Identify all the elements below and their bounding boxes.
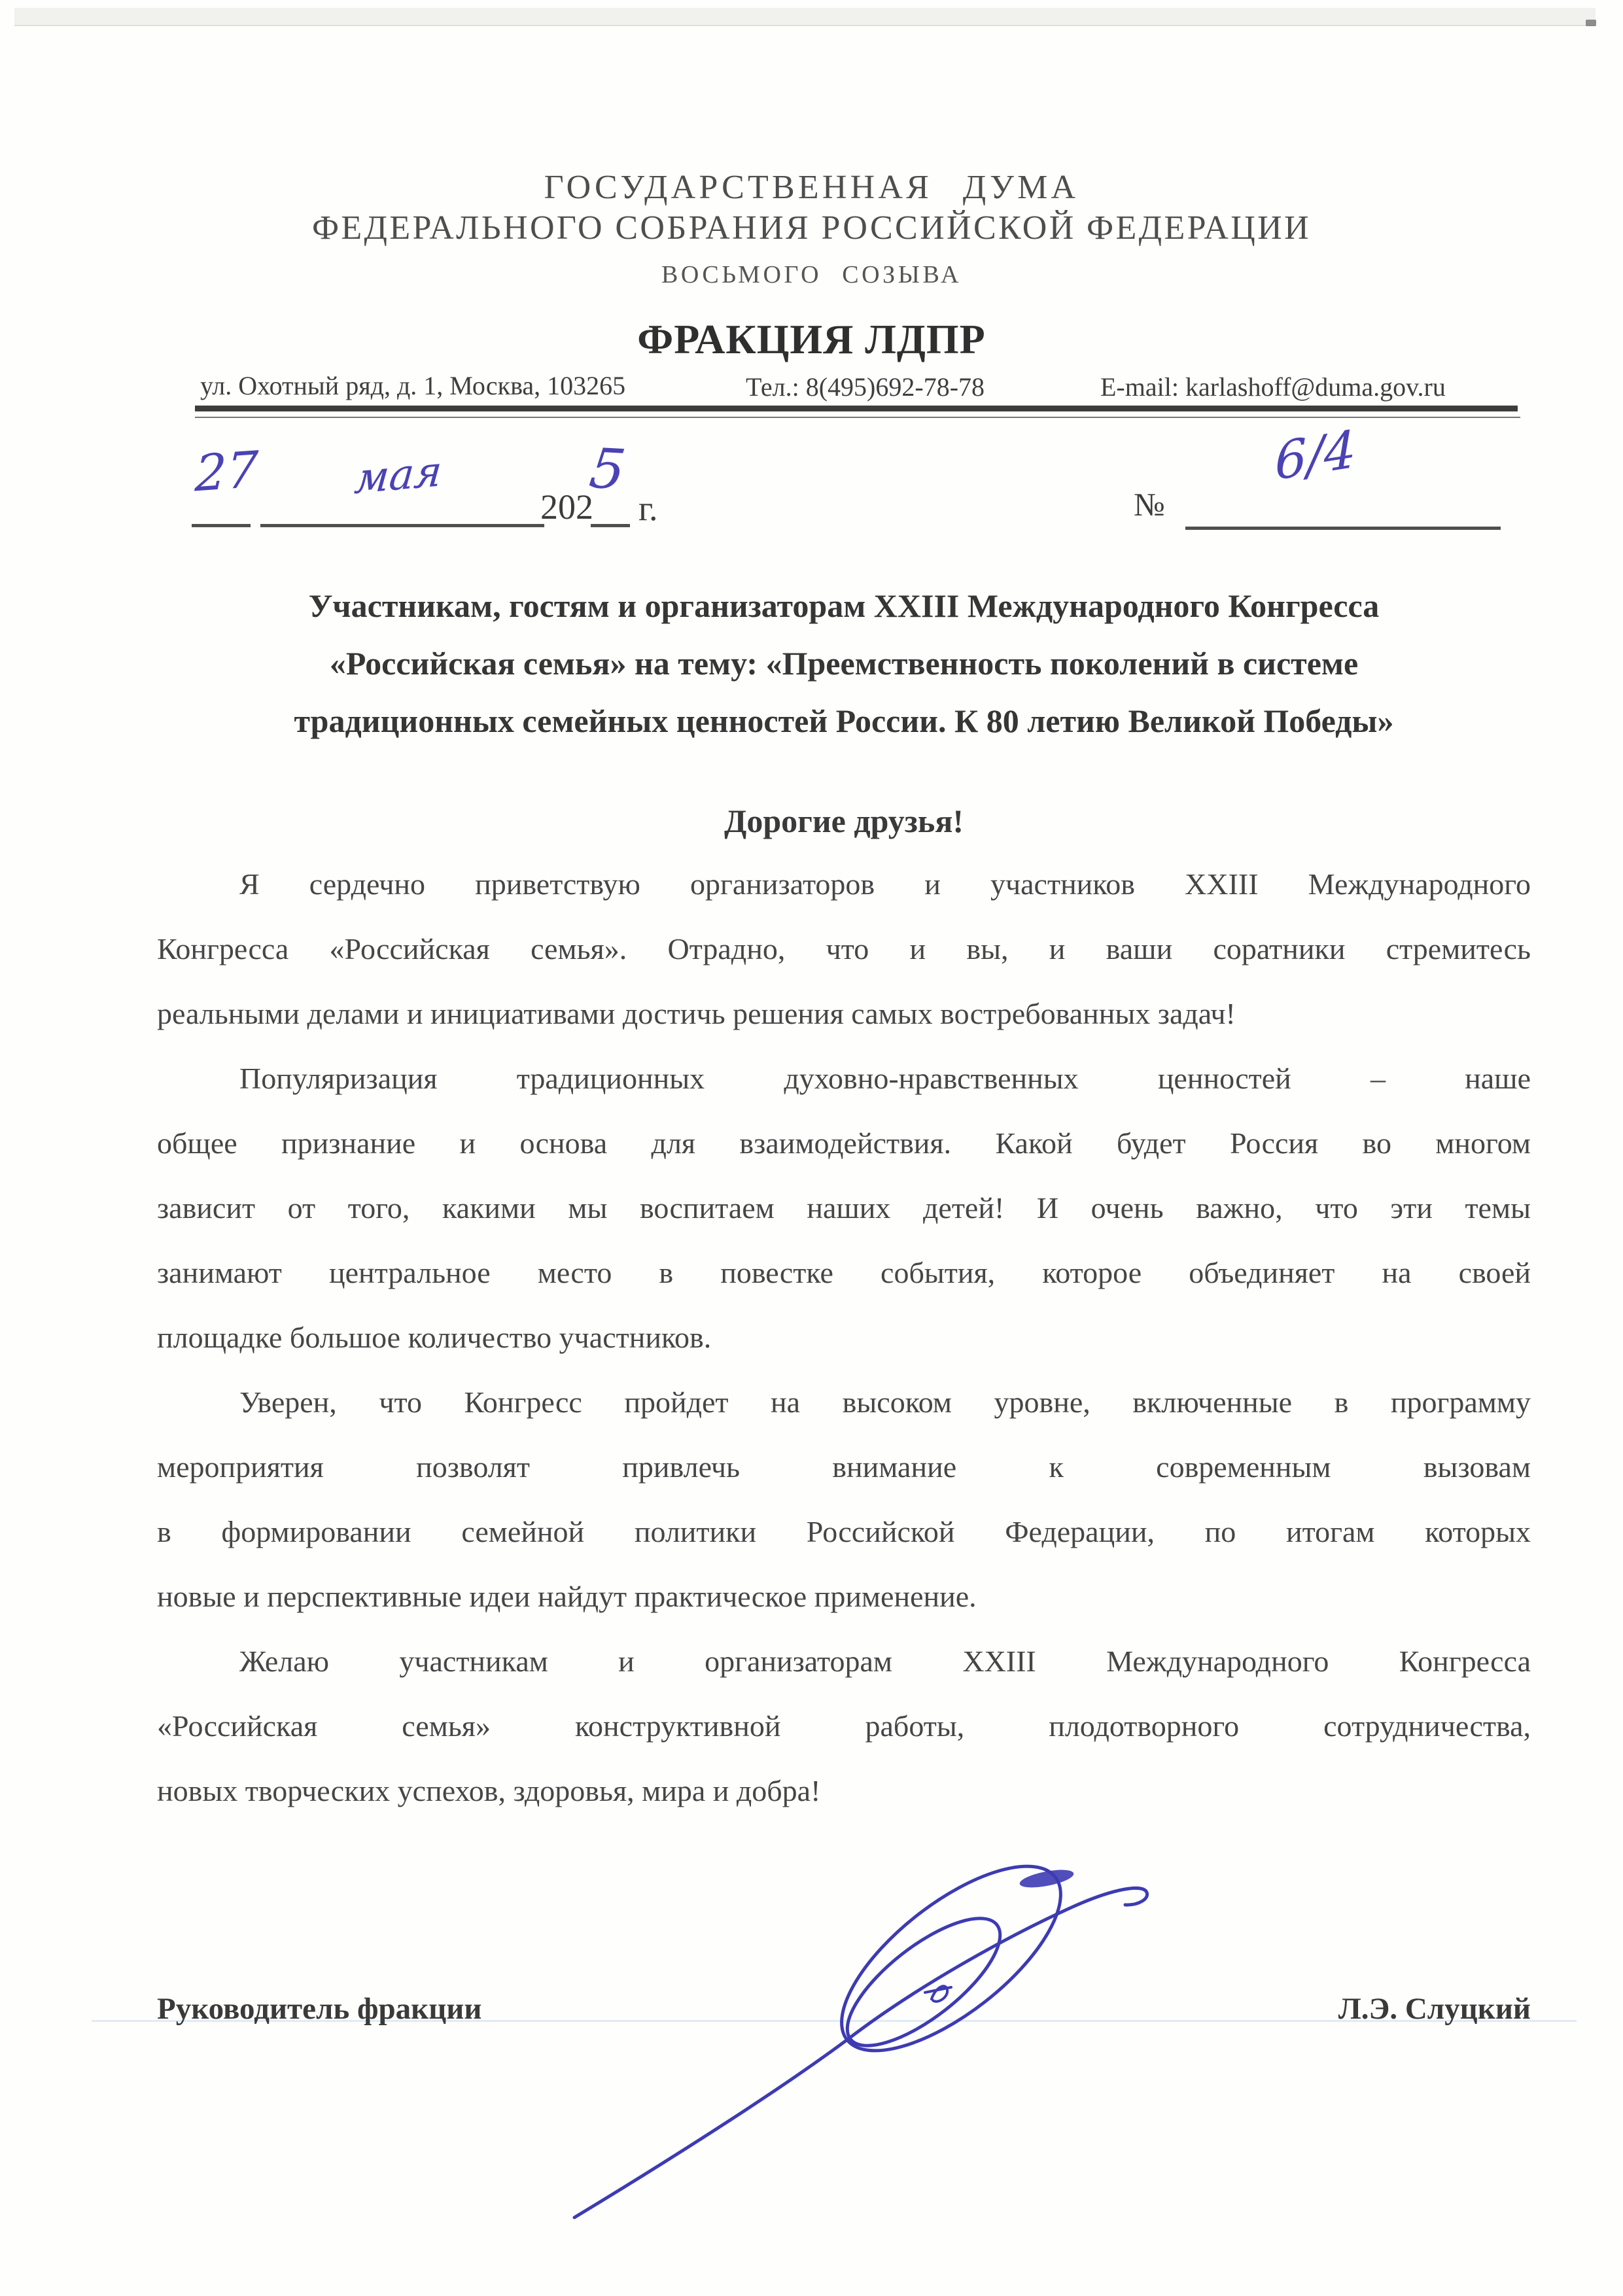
body-line: Популяризация традиционных духовно-нравс… [157, 1046, 1531, 1111]
handwritten-month: мая [353, 447, 444, 504]
body-line: Уверен, что Конгресс пройдет на высоком … [157, 1370, 1531, 1435]
body-line: новые и перспективные идеи найдут практи… [157, 1564, 1531, 1629]
divider-rule-thick [195, 406, 1518, 411]
signature-inner-loop [829, 1897, 1019, 2067]
letterhead: ГОСУДАРСТВЕННАЯ ДУМА ФЕДЕРАЛЬНОГО СОБРАН… [0, 169, 1623, 364]
title-block: Участникам, гостям и организаторам XXIII… [157, 577, 1531, 750]
divider-rule-thin [195, 417, 1520, 418]
handwritten-doc-number: 6/4 [1274, 420, 1357, 493]
body-line: Конгресса «Российская семья». Отрадно, ч… [157, 916, 1531, 981]
body-line: Желаю участникам и организаторам XXIII М… [157, 1629, 1531, 1694]
body-line: «Российская семья» конструктивной работы… [157, 1694, 1531, 1758]
body-line: мероприятия позволят привлечь внимание к… [157, 1435, 1531, 1499]
letter-page: ГОСУДАРСТВЕННАЯ ДУМА ФЕДЕРАЛЬНОГО СОБРАН… [0, 0, 1623, 2296]
signature-blob [1019, 1866, 1075, 1891]
address-text: ул. Охотный ряд, д. 1, Москва, 103265 [200, 370, 625, 401]
signer-role: Руководитель фракции [157, 1991, 481, 2026]
body-line: в формировании семейной политики Российс… [157, 1499, 1531, 1564]
body-block: Я сердечно приветствую организаторов и у… [157, 852, 1531, 1823]
handwritten-day: 27 [194, 440, 260, 502]
salutation: Дорогие друзья! [157, 802, 1531, 840]
scan-edge-strip [14, 8, 1596, 26]
date-year-blank [591, 524, 630, 527]
signature-tail-stroke [574, 1888, 1147, 2218]
body-line: общее признание и основа для взаимодейст… [157, 1111, 1531, 1175]
signature-outer-loop [813, 1834, 1089, 2083]
year-suffix: г. [638, 488, 658, 529]
convocation-line: ВОСЬМОГО СОЗЫВА [0, 260, 1623, 289]
title-line: Участникам, гостям и организаторам XXIII… [157, 577, 1531, 635]
scan-speck [1586, 20, 1596, 26]
faction-name: ФРАКЦИЯ ЛДПР [0, 315, 1623, 364]
year-printed: 202 [540, 487, 593, 527]
handwritten-year-digit: 5 [586, 436, 629, 502]
number-sign: № [1134, 485, 1165, 523]
org-name-line1: ГОСУДАРСТВЕННАЯ ДУМА [0, 169, 1623, 207]
phone-text: Тел.: 8(495)692-78-78 [746, 372, 985, 402]
date-month-blank [260, 524, 544, 527]
signer-name: Л.Э. Слуцкий [1338, 1991, 1531, 2026]
body-line: зависит от того, какими мы воспитаем наш… [157, 1175, 1531, 1240]
title-line: традиционных семейных ценностей России. … [157, 692, 1531, 750]
date-day-blank [192, 524, 251, 527]
org-name-line2: ФЕДЕРАЛЬНОГО СОБРАНИЯ РОССИЙСКОЙ ФЕДЕРАЦ… [0, 209, 1623, 247]
signature-row: Руководитель фракции Л.Э. Слуцкий [157, 1991, 1531, 2026]
body-line: новых творческих успехов, здоровья, мира… [157, 1758, 1531, 1823]
body-line: занимают центральное место в повестке со… [157, 1240, 1531, 1305]
body-line: площадке большое количество участников. [157, 1305, 1531, 1370]
title-line: «Российская семья» на тему: «Преемственн… [157, 635, 1531, 692]
body-line: реальными делами и инициативами достичь … [157, 981, 1531, 1046]
doc-number-blank [1185, 527, 1501, 530]
email-text: E-mail: karlashoff@duma.gov.ru [1100, 372, 1446, 402]
body-line: Я сердечно приветствую организаторов и у… [157, 852, 1531, 916]
